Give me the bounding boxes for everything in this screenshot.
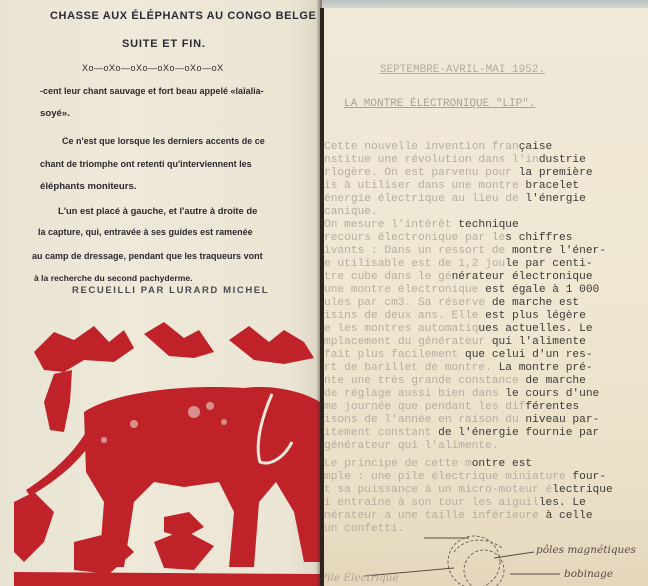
- text-line: rt de barillet de montre. La montre pré-: [324, 362, 593, 374]
- text-line: e utilisable est de 1,2 joule par centi-: [324, 258, 593, 270]
- watch-motor-diagram: pôles magnétiques bobinage Pile Électriq…: [324, 518, 648, 586]
- text-line: rlogère. On est parvenu pour la première: [324, 167, 593, 179]
- text-line: itement constant de l'énergie fournie pa…: [324, 427, 599, 439]
- text-line: au camp de dressage, pendant que les tra…: [32, 251, 263, 261]
- left-page: CHASSE AUX ÉLÉPHANTS AU CONGO BELGE SUIT…: [0, 0, 322, 586]
- text-line: Cette nouvelle invention française: [324, 141, 552, 153]
- text-line: is à utiliser dans une montre bracelet: [324, 180, 579, 192]
- text-line: -cent leur chant sauvage et fort beau ap…: [40, 86, 264, 96]
- text-line: ivants : Dans un ressort de montre l'éne…: [324, 245, 606, 257]
- text-line: t sa puissance à un micro-moteur électri…: [324, 484, 613, 496]
- text-line: L'un est placé à gauche, et l'autre à dr…: [58, 205, 257, 216]
- signature: RECUEILLI PAR LURARD MICHEL: [72, 285, 269, 296]
- ornament-divider: Xo—oXo—oXo—oXo—oXo—oX: [82, 63, 224, 73]
- text-line: ules par cm3. Sa réserve de marche est: [324, 297, 579, 309]
- article-subtitle: SUITE ET FIN.: [122, 38, 206, 50]
- text-line: isons de l'année en raison du niveau par…: [324, 414, 599, 426]
- text-line: recours électronique par les chiffres: [324, 232, 572, 244]
- text-line: à la recherche du second pachyderme.: [34, 273, 193, 283]
- elephant-woodcut-illustration: [14, 312, 320, 586]
- text-line: de réglage aussi bien dans le cours d'un…: [324, 388, 599, 400]
- diagram-label-battery: Pile Électrique: [324, 572, 399, 584]
- text-line: canique.: [324, 206, 378, 218]
- text-line: Ce n'est que lorsque les derniers accent…: [62, 136, 265, 146]
- text-line: e les montres automatiques actuelles. Le: [324, 323, 593, 335]
- text-line: une montre électronique est égale à 1 00…: [324, 284, 599, 296]
- diagram-label-coil: bobinage: [564, 568, 613, 580]
- text-line: mplacement du générateur qui l'alimente: [324, 336, 586, 348]
- right-page: SEPTEMBRE-AVRIL-MAI 1952. LA MONTRE ÉLEC…: [324, 8, 648, 586]
- text-line: Le principe de cette montre est: [324, 458, 532, 470]
- issue-header: SEPTEMBRE-AVRIL-MAI 1952.: [380, 64, 545, 76]
- article-title: CHASSE AUX ÉLÉPHANTS AU CONGO BELGE: [50, 10, 317, 22]
- text-line: chant de triomphe ont retenti qu'intervi…: [40, 159, 252, 169]
- text-line: éléphants moniteurs.: [40, 181, 137, 192]
- text-line: mple : une pile électrique miniature fou…: [324, 471, 606, 483]
- text-line: soyé».: [40, 108, 70, 119]
- text-line: i entraîne à son tour les aiguilles. Le: [324, 497, 586, 509]
- text-line: tre cube dans le générateur électronique: [324, 271, 593, 283]
- diagram-label-magnetic-poles: pôles magnétiques: [536, 544, 636, 556]
- text-line: fait plus facilement que celui d'un res-: [324, 349, 593, 361]
- text-line: générateur qui l'alimente.: [324, 440, 499, 452]
- text-line: la capture, qui, entravée à ses guides e…: [38, 227, 253, 237]
- text-line: isins de deux ans. Elle est plus légère: [324, 310, 586, 322]
- text-line: me journée que pendant les différentes: [324, 401, 579, 413]
- text-line: nte une très grande constance de marche: [324, 375, 586, 387]
- text-line: On mesure l'intérêt technique: [324, 219, 519, 231]
- text-line: énergie électrique au lieu de l'énergie: [324, 193, 586, 205]
- article-heading: LA MONTRE ÉLECTRONIQUE "LIP".: [344, 98, 535, 110]
- text-line: nstitue une révolution dans l'industrie: [324, 154, 586, 166]
